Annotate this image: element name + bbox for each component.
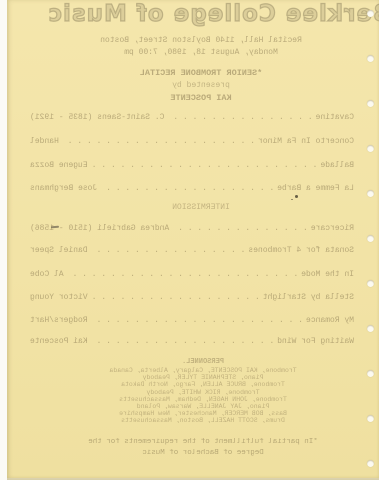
personnel-heading: PERSONNEL.	[17, 358, 379, 366]
dot-leader	[91, 316, 303, 325]
scanned-program-page: Berklee College of Music Recital Hall, 1…	[7, 0, 379, 480]
dot-leader	[91, 246, 246, 255]
punch-hole	[367, 190, 374, 197]
intermission-heading: INTERMISSION	[15, 203, 379, 212]
mirrored-showthrough-layer: Berklee College of Music Recital Hall, 1…	[7, 0, 379, 480]
piece-title: In the Mode	[301, 270, 354, 279]
piece-title: Waiting For Wind	[277, 337, 354, 346]
dot-leader	[91, 161, 318, 170]
personnel-line: Piano, STEPHANIE TYLER, Peabody	[17, 374, 379, 381]
program-row: Sonata for 4 Trombones Daniel Speer	[30, 246, 354, 255]
composer: Jose Berghmans	[30, 184, 97, 193]
composer: Kai Poscente	[30, 337, 88, 346]
venue-line: Recital Hall, 1140 Boylston Street, Bost…	[15, 36, 379, 45]
composer: C. Saint-Saens (1835 - 1921)	[30, 113, 164, 122]
punch-hole	[367, 145, 374, 152]
program-row: Concerto In Fa Minor Handel	[30, 137, 354, 146]
punch-hole	[367, 100, 374, 107]
composer: Handel	[30, 137, 59, 146]
recital-title: *SENIOR TROMBONE RECITAL	[15, 68, 379, 78]
date-line: Monday, August 18, 1980, 7:00 pm	[15, 48, 379, 57]
footnote-line-2: Degree of Bachelor of Music	[17, 449, 379, 457]
personnel-line: Trombone, JOHN HAGEN, Dedham, Massachuse…	[17, 396, 379, 403]
composer: Eugene Bozza	[30, 161, 88, 170]
personnel-line: Trombone, BRUCE ALLEN, Fargo, North Dako…	[17, 381, 379, 388]
piece-title: Cavatine	[316, 113, 354, 122]
piece-title: Stella by Starlight	[263, 293, 354, 302]
personnel-line: Trombone, KAI POSCENTE, Calgary, Alberta…	[17, 367, 379, 374]
program-row: Waiting For Wind Kai Poscente	[30, 337, 354, 346]
composer: Rodgers/Hart	[30, 316, 88, 325]
program-row: In the Mode Al Cobe	[30, 270, 354, 279]
punch-hole	[367, 325, 374, 332]
piece-title: Ricercare	[311, 224, 354, 233]
personnel-list: Trombone, KAI POSCENTE, Calgary, Alberta…	[17, 367, 379, 425]
ink-speck-artifact	[291, 199, 293, 200]
dot-leader	[91, 337, 275, 346]
program-row: Stella by Starlight Victor Young	[30, 293, 354, 302]
program-row: La Femme a Barbe Jose Berghmans	[30, 184, 354, 193]
presented-by-label: presented by	[15, 81, 379, 90]
ink-speck-artifact	[295, 195, 298, 198]
piece-title: La Femme a Barbe	[277, 184, 354, 193]
dot-leader	[100, 184, 274, 193]
punch-hole	[367, 460, 374, 467]
dot-leader	[172, 224, 308, 233]
punch-hole	[367, 370, 374, 377]
composer: Daniel Speer	[30, 246, 88, 255]
punch-hole	[367, 415, 374, 422]
punch-hole	[367, 235, 374, 242]
dot-leader	[167, 113, 312, 122]
punch-hole	[367, 55, 374, 62]
dot-leader	[67, 270, 299, 279]
personnel-line: Piano, JAY JANELLE, Warsaw, Poland	[17, 403, 379, 410]
personnel-line: Bass, BOB MERCER, Manchester, New Hampsh…	[17, 410, 379, 417]
program-row: Ballade Eugene Bozza	[30, 161, 354, 170]
piece-title: Ballade	[320, 161, 354, 170]
punch-hole	[367, 280, 374, 287]
composer: Al Cobe	[30, 270, 64, 279]
program-row: My Romance Rodgers/Hart	[30, 316, 354, 325]
performer-name: KAI POSCENTE	[15, 93, 379, 103]
berklee-logo: Berklee College of Music	[33, 1, 379, 27]
personnel-line: Trombone, RICK WHITE, Peabody	[17, 389, 379, 396]
footnote-line-1: *In partial fulfillment of the requireme…	[17, 438, 379, 446]
composer: Victor Young	[30, 293, 88, 302]
dot-leader	[91, 293, 260, 302]
piece-title: Concerto In Fa Minor	[258, 137, 354, 146]
piece-title: My Romance	[306, 316, 354, 325]
personnel-line: Drums, SCOTT HAZELL, Boston, Massachuset…	[17, 417, 379, 424]
punch-hole	[367, 10, 374, 17]
program-row: Cavatine C. Saint-Saens (1835 - 1921)	[30, 113, 354, 122]
program-row: Ricercare Andrea Gabrieli (1510 - 1586)	[30, 224, 354, 233]
piece-title: Sonata for 4 Trombones	[248, 246, 354, 255]
dot-leader	[62, 137, 255, 146]
